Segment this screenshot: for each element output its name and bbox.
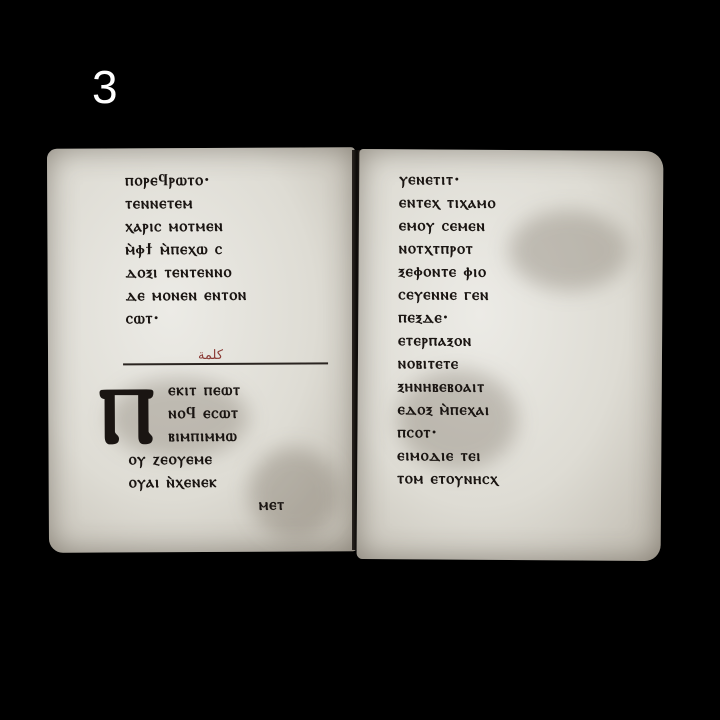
left-page-upper-text: ⲡⲟⲣⲉϥⲣⲱⲧⲟ· ⲧⲉⲛⲛⲉⲧⲉⲙ ⲭⲁⲣⲓⲥ ⲙⲟⲧⲙⲉⲛ ⲙ̀ⲫϯ ⲙ̀… <box>125 168 247 330</box>
text-line: ⲛⲟϥ ⲉⲥⲱⲧ <box>168 401 284 425</box>
text-line: ⲟⲩ ⲍⲉⲟⲩⲉⲙⲉ <box>129 447 285 471</box>
text-line: ⲉⲙⲟⲩ ⲥⲉⲙⲉⲛ <box>399 213 501 237</box>
text-line: ⲛⲟⲧⲭⲧⲡⲣⲟⲧ <box>399 236 501 260</box>
text-line: ⲇⲟⲝⲓ ⲧⲉⲛⲧⲉⲛⲛⲟ <box>126 260 248 284</box>
text-line: ⲡⲉⲝⲇⲉ· <box>398 305 500 329</box>
text-line: ⲡⲥⲟⲧ· <box>397 420 499 444</box>
text-line: ⲉⲧⲉⲣⲡⲁⲝⲟⲛ <box>398 328 500 352</box>
text-line: ⲝⲏⲛⲏⲃⲉⲃⲟⲁⲓⲧ <box>398 374 500 398</box>
divider-rule <box>123 362 328 365</box>
left-page-lower-text: ⲉⲕⲓⲧ ⲡⲉⲱⲧ ⲛⲟϥ ⲉⲥⲱⲧ ⲃⲓⲙⲡⲓⲙⲙⲱ ⲟⲩ ⲍⲉⲟⲩⲉⲙⲉ ⲟ… <box>168 378 285 517</box>
right-page: ⲩⲉⲛⲉⲧⲓⲧ· ⲉⲛⲧⲉⲭ ⲧⲓⲭⲁⲙⲟ ⲉⲙⲟⲩ ⲥⲉⲙⲉⲛ ⲛⲟⲧⲭⲧⲡⲣ… <box>357 149 664 561</box>
text-line: ⲧⲟⲙ ⲉⲧⲟⲩⲛⲏⲥⲭ <box>397 466 499 490</box>
text-line: ⲉⲓⲙⲟⲇⲓⲉ ⲧⲉⲓ <box>397 443 499 467</box>
text-line: ⲟⲩⲁⲓ ⲛ̀ⲭⲉⲛⲉⲕ <box>129 470 285 494</box>
text-line: ⲃⲓⲙⲡⲓⲙⲙⲱ <box>168 424 284 448</box>
text-line: ⲉⲇⲟⲝ ⲙ̀ⲡⲉⲭⲁⲓ <box>398 397 500 421</box>
text-line: ⲧⲉⲛⲛⲉⲧⲉⲙ <box>125 191 247 215</box>
arabic-rubric: كلمة <box>198 348 223 363</box>
text-line: ⲩⲉⲛⲉⲧⲓⲧ· <box>399 167 501 191</box>
text-line: ⲙⲉⲧ <box>259 493 285 516</box>
right-page-text: ⲩⲉⲛⲉⲧⲓⲧ· ⲉⲛⲧⲉⲭ ⲧⲓⲭⲁⲙⲟ ⲉⲙⲟⲩ ⲥⲉⲙⲉⲛ ⲛⲟⲧⲭⲧⲡⲣ… <box>397 167 501 490</box>
text-line: ⲝⲉⲫⲟⲛⲧⲉ ⲫⲓⲟ <box>399 259 501 283</box>
text-line: ⲭⲁⲣⲓⲥ ⲙⲟⲧⲙⲉⲛ <box>125 214 247 238</box>
text-line: ⲛⲟⲃⲓⲧⲉⲧⲉ <box>398 351 500 375</box>
text-line: ⲉⲕⲓⲧ ⲡⲉⲱⲧ <box>168 378 284 402</box>
image-number-label: 3 <box>92 64 118 110</box>
left-page: ⲡⲟⲣⲉϥⲣⲱⲧⲟ· ⲧⲉⲛⲛⲉⲧⲉⲙ ⲭⲁⲣⲓⲥ ⲙⲟⲧⲙⲉⲛ ⲙ̀ⲫϯ ⲙ̀… <box>47 147 357 553</box>
text-line: ⲥⲱⲧ· <box>126 306 248 330</box>
text-line: ⲉⲛⲧⲉⲭ ⲧⲓⲭⲁⲙⲟ <box>399 190 501 214</box>
text-line: ⲙ̀ⲫϯ ⲙ̀ⲡⲉⲭⲱ ⲥ <box>125 237 247 261</box>
text-line: ⲥⲉⲩⲉⲛⲛⲉ ⲅⲉⲛ <box>398 282 500 306</box>
text-line: ⲡⲟⲣⲉϥⲣⲱⲧⲟ· <box>125 168 247 192</box>
text-line: ⲇⲉ ⲙⲟⲛⲉⲛ ⲉⲛⲧⲟⲛ <box>126 283 248 307</box>
